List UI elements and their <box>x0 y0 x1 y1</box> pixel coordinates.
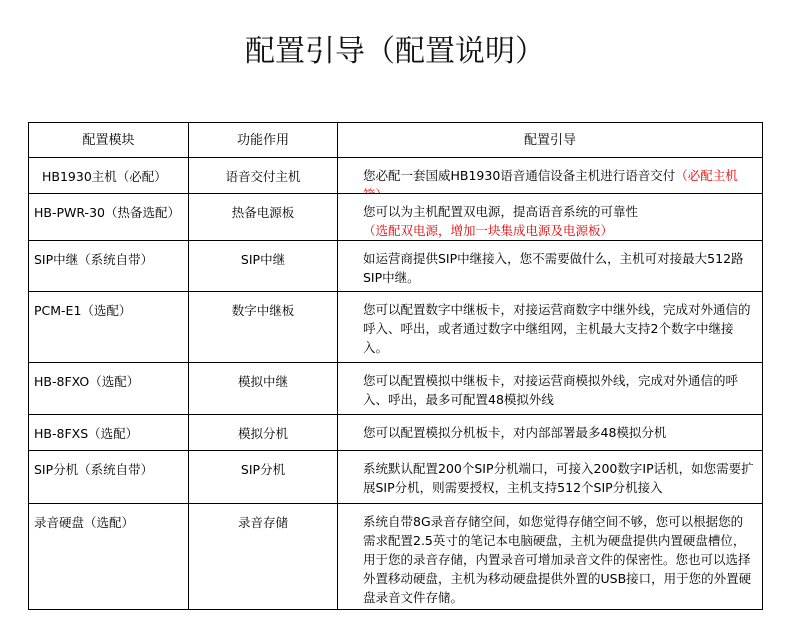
table-row: 录音硬盘（选配） 录音存储 系统自带8G录音存储空间，如您觉得存储空间不够，您可… <box>29 503 762 609</box>
guide-cell: 您必配一套国威HB1930语音通信设备主机进行语音交付（必配主机箱） <box>338 158 762 193</box>
table-row: HB-8FXO（选配） 模拟中继 您可以配置模拟中继板卡，对接运营商模拟外线，完… <box>29 362 762 414</box>
guide-text: 您可以配置模拟中继板卡，对接运营商模拟外线，完成对外通信的呼入、呼出，最多可配置… <box>363 373 738 407</box>
table-header-row: 配置模块 功能作用 配置引导 <box>29 123 762 157</box>
guide-cell: 系统默认配置200个SIP分机端口，可接入200数字IP话机，如您需要扩展SIP… <box>338 451 762 503</box>
guide-cell: 您可以配置数字中继板卡，对接运营商数字中继外线，完成对外通信的呼入、呼出，或者通… <box>338 292 762 362</box>
column-header-function: 功能作用 <box>189 123 338 157</box>
function-cell: 热备电源板 <box>189 194 338 240</box>
table-row: SIP分机（系统自带） SIP分机 系统默认配置200个SIP分机端口，可接入2… <box>29 450 762 503</box>
function-cell: SIP中继 <box>189 241 338 291</box>
config-table: 配置模块 功能作用 配置引导 HB1930主机（必配） 语音交付主机 您必配一套… <box>28 122 763 610</box>
function-cell: 模拟分机 <box>189 415 338 450</box>
module-cell: HB-8FXS（选配） <box>29 415 189 450</box>
guide-cell: 如运营商提供SIP中继接入，您不需要做什么，主机可对接最大512路SIP中继。 <box>338 241 762 291</box>
guide-cell: 您可以配置模拟分机板卡，对内部部署最多48模拟分机 <box>338 415 762 450</box>
guide-cell: 系统自带8G录音存储空间，如您觉得存储空间不够，您可以根据您的需求配置2.5英寸… <box>338 504 762 609</box>
function-cell: SIP分机 <box>189 451 338 503</box>
table-row: HB1930主机（必配） 语音交付主机 您必配一套国威HB1930语音通信设备主… <box>29 157 762 193</box>
module-cell: SIP分机（系统自带） <box>29 451 189 503</box>
function-cell: 模拟中继 <box>189 363 338 414</box>
guide-text: 系统自带8G录音存储空间，如您觉得存储空间不够，您可以根据您的需求配置2.5英寸… <box>363 514 751 605</box>
guide-text: 系统默认配置200个SIP分机端口，可接入200数字IP话机，如您需要扩展SIP… <box>363 461 754 495</box>
function-cell: 语音交付主机 <box>189 158 338 193</box>
guide-cell: 您可以配置模拟中继板卡，对接运营商模拟外线，完成对外通信的呼入、呼出，最多可配置… <box>338 363 762 414</box>
module-cell: HB-8FXO（选配） <box>29 363 189 414</box>
table-row: SIP中继（系统自带） SIP中继 如运营商提供SIP中继接入，您不需要做什么，… <box>29 240 762 291</box>
guide-highlight: （选配双电源，增加一块集成电源及电源板） <box>363 221 754 240</box>
table-row: HB-PWR-30（热备选配） 热备电源板 您可以为主机配置双电源，提高语音系统… <box>29 193 762 240</box>
table-row: PCM-E1（选配） 数字中继板 您可以配置数字中继板卡，对接运营商数字中继外线… <box>29 291 762 362</box>
module-cell: SIP中继（系统自带） <box>29 241 189 291</box>
table-row: HB-8FXS（选配） 模拟分机 您可以配置模拟分机板卡，对内部部署最多48模拟… <box>29 414 762 450</box>
guide-text: 您可以配置模拟分机板卡，对内部部署最多48模拟分机 <box>363 425 666 440</box>
guide-text: 您必配一套国威HB1930语音通信设备主机进行语音交付 <box>363 168 675 183</box>
page: 配置引导（配置说明） 配置模块 功能作用 配置引导 HB1930主机（必配） 语… <box>0 0 790 633</box>
module-cell: HB1930主机（必配） <box>29 158 189 193</box>
module-cell: 录音硬盘（选配） <box>29 504 189 609</box>
page-title: 配置引导（配置说明） <box>0 26 790 70</box>
guide-cell: 您可以为主机配置双电源，提高语音系统的可靠性（选配双电源，增加一块集成电源及电源… <box>338 194 762 240</box>
function-cell: 数字中继板 <box>189 292 338 362</box>
guide-text: 您可以为主机配置双电源，提高语音系统的可靠性 <box>363 204 638 219</box>
module-cell: HB-PWR-30（热备选配） <box>29 194 189 240</box>
column-header-module: 配置模块 <box>29 123 189 157</box>
module-cell: PCM-E1（选配） <box>29 292 189 362</box>
guide-text: 如运营商提供SIP中继接入，您不需要做什么，主机可对接最大512路SIP中继。 <box>363 251 744 285</box>
function-cell: 录音存储 <box>189 504 338 609</box>
guide-text: 您可以配置数字中继板卡，对接运营商数字中继外线，完成对外通信的呼入、呼出，或者通… <box>363 302 751 355</box>
column-header-guide: 配置引导 <box>338 123 762 157</box>
